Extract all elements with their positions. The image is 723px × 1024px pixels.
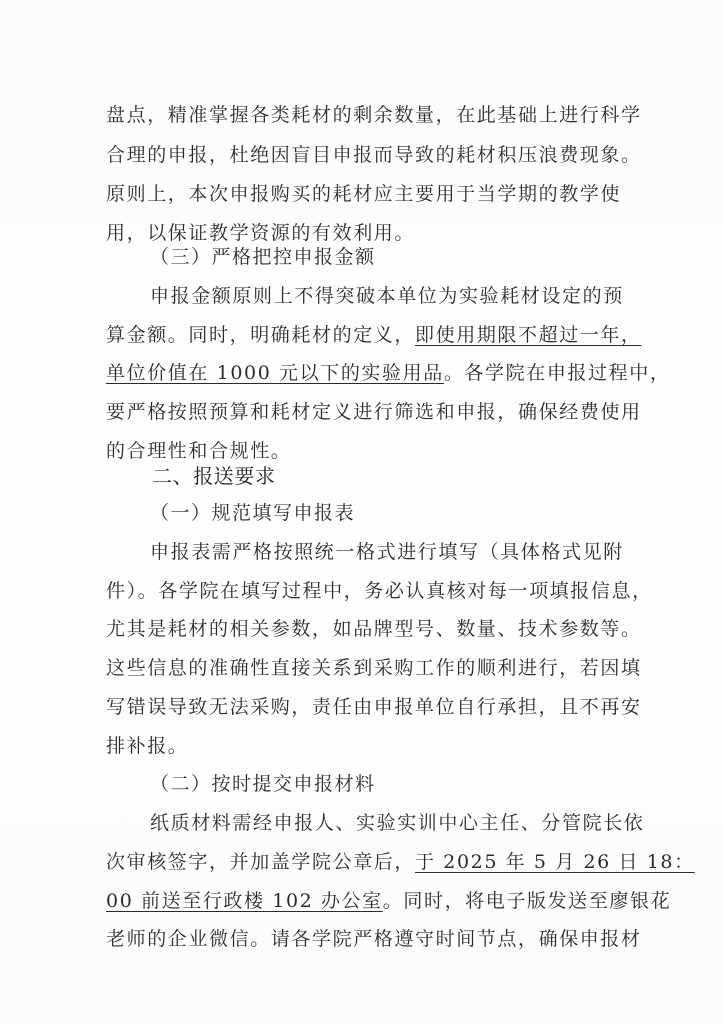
subsection-title-2: （二）按时提交申报材料	[150, 767, 690, 801]
paragraph-line: 算金额。同时，明确耗材的定义，即使用期限不超过一年，	[106, 318, 646, 352]
paragraph-line: 原则上，本次申报购买的耗材应主要用于当学期的教学使	[106, 177, 646, 211]
paragraph-line: 这些信息的准确性直接关系到采购工作的顺利进行，若因填	[106, 651, 646, 685]
plain-text: 算金额。同时，明确耗材的定义，	[106, 324, 415, 346]
section-heading-2: 二、报送要求	[152, 459, 692, 493]
paragraph-line: 申报表需严格按照统一格式进行填写（具体格式见附	[150, 535, 690, 569]
plain-text: 次审核签字，并加盖学院公章后，	[106, 851, 415, 873]
paragraph-line: 申报金额原则上不得突破本单位为实验耗材设定的预	[150, 279, 690, 313]
plain-text: 。各学院在申报过程中，	[444, 362, 671, 384]
paragraph-line: 合理的申报，杜绝因盲目申报而导致的耗材积压浪费现象。	[106, 138, 646, 172]
underlined-text: 即使用期限不超过一年，	[415, 324, 642, 346]
paragraph-line: 00 前送至行政楼 102 办公室。同时，将电子版发送至廖银花	[106, 884, 646, 918]
paragraph-line: 尤其是耗材的相关参数，如品牌型号、数量、技术参数等。	[106, 612, 646, 646]
plain-text: 。同时，将电子版发送至廖银花	[383, 890, 671, 912]
paragraph-line: 单位价值在 1000 元以下的实验用品。各学院在申报过程中，	[106, 356, 646, 390]
paragraph-line: 写错误导致无法采购，责任由申报单位自行承担，且不再安	[106, 690, 646, 724]
underlined-text: 00 前送至行政楼 102 办公室	[106, 890, 383, 912]
paragraph-line: 件）。各学院在填写过程中，务必认真核对每一项填报信息，	[106, 574, 646, 608]
paragraph-line: 次审核签字，并加盖学院公章后，于 2025 年 5 月 26 日 18：	[106, 845, 646, 879]
paragraph-line: 排补报。	[106, 729, 646, 763]
section-title-3: （三）严格把控申报金额	[150, 240, 690, 274]
document-page: 盘点，精准掌握各类耗材的剩余数量，在此基础上进行科学 合理的申报，杜绝因盲目申报…	[0, 0, 723, 1024]
paragraph-line: 老师的企业微信。请各学院严格遵守时间节点，确保申报材	[106, 922, 646, 956]
paragraph-line: 要严格按照预算和耗材定义进行筛选和申报，确保经费使用	[106, 395, 646, 429]
underlined-text: 单位价值在 1000 元以下的实验用品	[106, 362, 444, 384]
underlined-text: 于 2025 年 5 月 26 日 18：	[415, 851, 695, 873]
subsection-title-1: （一）规范填写申报表	[150, 496, 690, 530]
paragraph-line: 纸质材料需经申报人、实验实训中心主任、分管院长依	[150, 806, 690, 840]
paragraph-line: 盘点，精准掌握各类耗材的剩余数量，在此基础上进行科学	[106, 98, 646, 132]
